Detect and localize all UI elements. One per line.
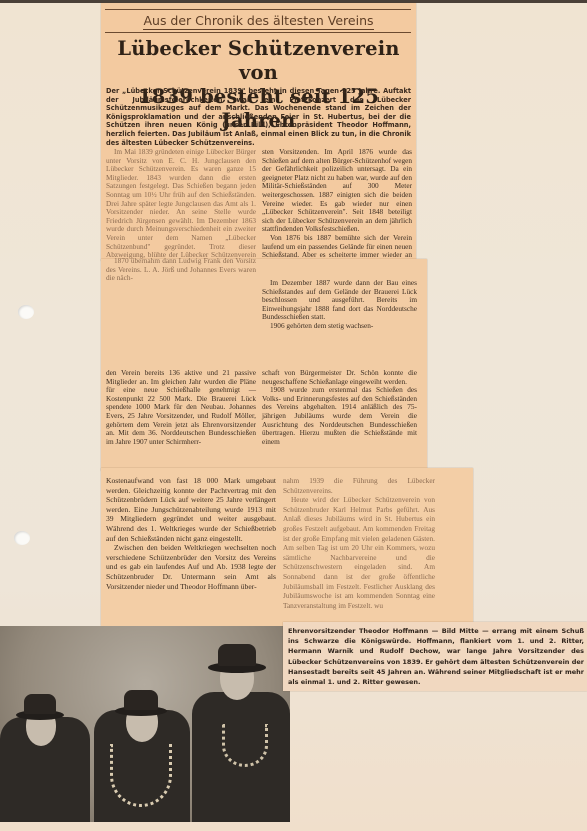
clipping-middle: 1870 übernahm dann Ludwig Frank den Vors… (101, 259, 427, 471)
paragraph: Zwischen den beiden Weltkriegen wechselt… (106, 543, 276, 591)
column-top-right-cont: Im Dezember 1887 wurde dann der Bau eine… (262, 279, 417, 331)
article-lead: Der „Lübecker Schützenverein 1839" beste… (106, 87, 411, 147)
punch-hole (18, 305, 34, 319)
article-kicker: Aus der Chronik des ältesten Vereins (101, 13, 416, 28)
paragraph: sten Vorsitzenden. Im April 1876 wurde d… (262, 148, 412, 234)
clipping-header: Aus der Chronik des ältesten Vereins Lüb… (101, 3, 416, 261)
divider-rule (105, 32, 411, 33)
column-low-right: nahm 1939 die Führung des Lübecker Schüt… (283, 476, 435, 610)
paragraph: nahm 1939 die Führung des Lübecker Schüt… (283, 476, 435, 495)
paragraph: 1870 übernahm dann Ludwig Frank den Vors… (106, 257, 256, 283)
paragraph: den Verein bereits 136 aktive und 21 pas… (106, 369, 256, 446)
photo-caption-clipping: Ehrenvorsitzender Theodor Hoffmann — Bil… (283, 622, 587, 691)
photo-caption: Ehrenvorsitzender Theodor Hoffmann — Bil… (288, 626, 584, 687)
person-center (92, 652, 192, 822)
punch-hole (14, 531, 30, 545)
article-photo (0, 626, 290, 822)
clipping-lower: Kostenaufwand von fast 18 000 Mark umgeb… (101, 468, 473, 626)
person-right (192, 632, 290, 822)
paragraph: 1908 wurde zum erstenmal das Schießen de… (262, 386, 417, 446)
column-top-right: sten Vorsitzenden. Im April 1876 wurde d… (262, 148, 412, 277)
column-mid-left: den Verein bereits 136 aktive und 21 pas… (106, 369, 256, 446)
paragraph: 1906 gehörten dem stetig wachsen- (262, 322, 417, 331)
column-low-left: Kostenaufwand von fast 18 000 Mark umgeb… (106, 476, 276, 591)
paragraph: Kostenaufwand von fast 18 000 Mark umgeb… (106, 476, 276, 543)
paragraph: Im Dezember 1887 wurde dann der Bau eine… (262, 279, 417, 322)
person-left (0, 652, 92, 822)
ornament-rule (105, 9, 411, 10)
headline-line-1: Lübecker Schützenverein von (101, 37, 416, 85)
column-top-left-cont: 1870 übernahm dann Ludwig Frank den Vors… (106, 257, 256, 283)
paragraph: Heute wird der Lübecker Schützenverein v… (283, 495, 435, 610)
paragraph: schaft von Bürgermeister Dr. Schön konnt… (262, 369, 417, 386)
column-mid-right: schaft von Bürgermeister Dr. Schön konnt… (262, 369, 417, 446)
